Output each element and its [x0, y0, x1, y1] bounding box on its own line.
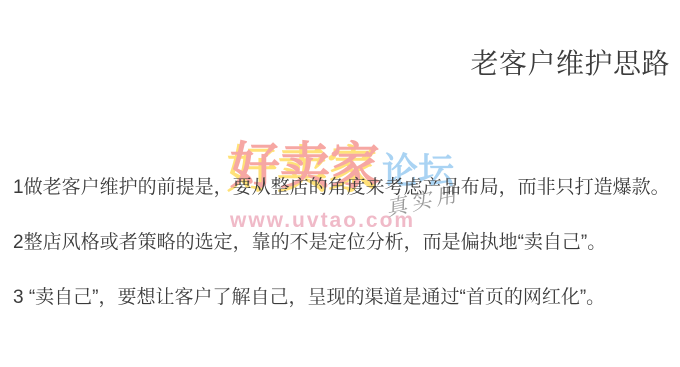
bullet-point-1: 1做老客户维护的前提是，要从整店的角度来考虑产品布局，而非只打造爆款。: [13, 174, 676, 202]
slide-title: 老客户维护思路: [470, 49, 670, 80]
bullet-point-2: 2整店风格或者策略的选定，靠的不是定位分析，而是偏执地“卖自己”。: [13, 229, 676, 257]
slide: 老客户维护思路 好卖家论坛 www.uvtao.com 真实用 1做老客户维护的…: [0, 0, 680, 367]
bullet-points: 1做老客户维护的前提是，要从整店的角度来考虑产品布局，而非只打造爆款。 2整店风…: [13, 174, 676, 339]
bullet-point-3: 3 “卖自己”，要想让客户了解自己，呈现的渠道是通过“首页的网红化”。: [13, 284, 676, 312]
